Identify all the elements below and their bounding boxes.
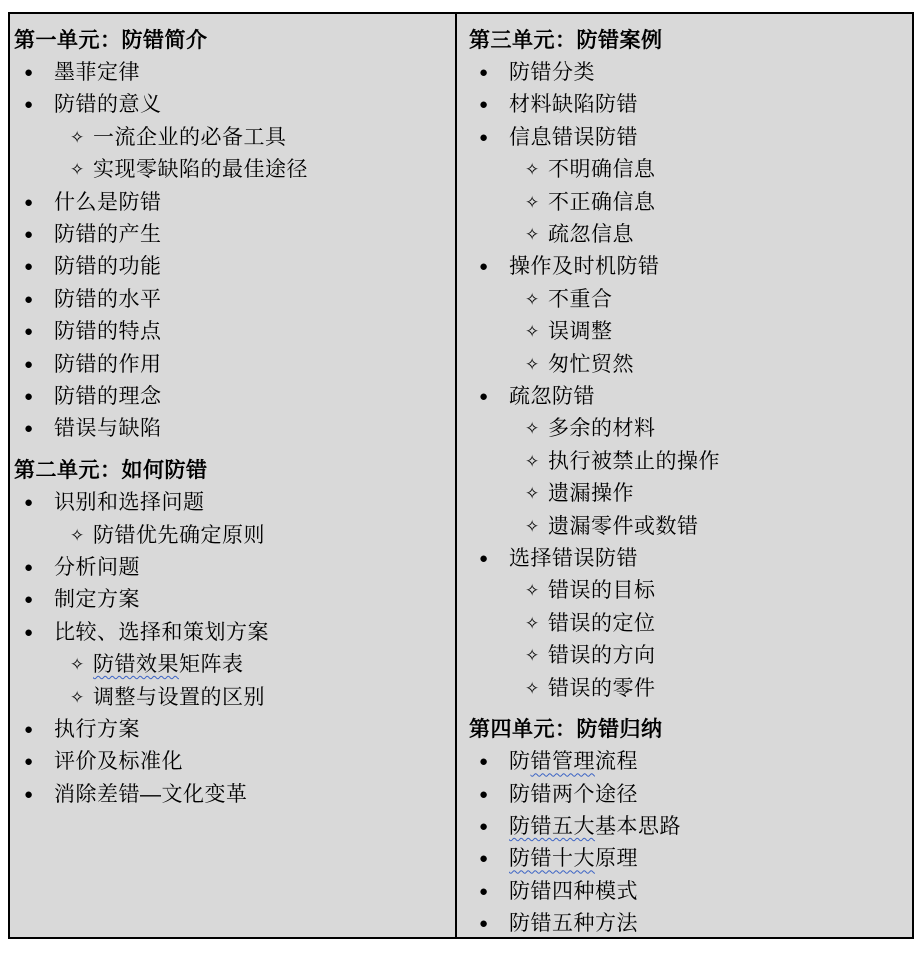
item-label: 防错的理念 <box>54 386 162 407</box>
item-label: 信息错误防错 <box>509 127 638 148</box>
item-label: 防错优先确定原则 <box>93 525 265 546</box>
section-heading-label: 第四单元：防错归纳 <box>469 719 663 740</box>
bullet-icon: ● <box>479 884 509 899</box>
item-label: 不正确信息 <box>548 192 656 213</box>
item-label: 遗漏零件或数错 <box>548 516 699 537</box>
bullet-icon: ● <box>479 389 509 404</box>
item-label: 防错的作用 <box>54 354 162 375</box>
list-item: ●防错的意义 <box>14 89 449 121</box>
list-item: ●防错五大基本思路 <box>469 810 906 842</box>
item-label: 比较、选择和策划方案 <box>54 622 269 643</box>
diamond-icon: ✧ <box>525 615 548 632</box>
sub-list-item: ✧误调整 <box>469 316 906 348</box>
sub-list-item: ✧遗漏操作 <box>469 477 906 509</box>
table-column: 第一单元：防错简介●墨菲定律●防错的意义✧一流企业的必备工具✧实现零缺陷的最佳途… <box>10 14 457 937</box>
diamond-icon: ✧ <box>525 323 548 340</box>
bullet-icon: ● <box>24 625 54 640</box>
bullet-icon: ● <box>24 592 54 607</box>
item-label: 防错十大原理 <box>509 848 638 869</box>
list-item: ●防错五种方法 <box>469 908 906 937</box>
item-label: 防错的意义 <box>54 94 162 115</box>
list-item: ●识别和选择问题 <box>14 486 449 518</box>
section-heading: 第四单元：防错归纳 <box>469 713 906 745</box>
bullet-icon: ● <box>479 851 509 866</box>
item-label: 分析问题 <box>54 557 140 578</box>
bullet-icon: ● <box>479 819 509 834</box>
list-item: ●防错的特点 <box>14 316 449 348</box>
sub-list-item: ✧多余的材料 <box>469 413 906 445</box>
sub-list-item: ✧不正确信息 <box>469 186 906 218</box>
diamond-icon: ✧ <box>70 527 93 544</box>
list-item: ●错误与缺陷 <box>14 413 449 445</box>
item-label: 防错五大基本思路 <box>509 816 681 837</box>
diamond-icon: ✧ <box>525 582 548 599</box>
bullet-icon: ● <box>24 787 54 802</box>
list-item: ●防错的理念 <box>14 380 449 412</box>
sub-list-item: ✧执行被禁止的操作 <box>469 445 906 477</box>
item-label: 疏忽信息 <box>548 224 634 245</box>
sub-list-item: ✧匆忙贸然 <box>469 348 906 380</box>
item-label: 执行方案 <box>54 719 140 740</box>
item-label: 误调整 <box>548 321 613 342</box>
diamond-icon: ✧ <box>525 161 548 178</box>
item-label: 防错的产生 <box>54 224 162 245</box>
bullet-icon: ● <box>24 754 54 769</box>
list-item: ●制定方案 <box>14 584 449 616</box>
item-label: 调整与设置的区别 <box>93 687 265 708</box>
item-label: 防错分类 <box>509 62 595 83</box>
list-item: ●执行方案 <box>14 713 449 745</box>
sub-list-item: ✧防错优先确定原则 <box>14 519 449 551</box>
section-heading-label: 第一单元：防错简介 <box>14 30 208 51</box>
course-outline-table: 第一单元：防错简介●墨菲定律●防错的意义✧一流企业的必备工具✧实现零缺陷的最佳途… <box>8 12 914 939</box>
bullet-icon: ● <box>24 495 54 510</box>
list-item: ●防错的水平 <box>14 283 449 315</box>
spellcheck-squiggle: 错管理 <box>531 750 596 773</box>
bullet-icon: ● <box>24 389 54 404</box>
bullet-icon: ● <box>479 259 509 274</box>
bullet-icon: ● <box>479 754 509 769</box>
spellcheck-squiggle: 防错效果 <box>93 653 179 676</box>
list-item: ●防错的产生 <box>14 218 449 250</box>
bullet-icon: ● <box>479 551 509 566</box>
diamond-icon: ✧ <box>525 291 548 308</box>
sub-list-item: ✧实现零缺陷的最佳途径 <box>14 154 449 186</box>
bullet-icon: ● <box>479 97 509 112</box>
sub-list-item: ✧疏忽信息 <box>469 218 906 250</box>
list-item: ●防错分类 <box>469 56 906 88</box>
list-item: ●评价及标准化 <box>14 746 449 778</box>
diamond-icon: ✧ <box>525 647 548 664</box>
item-label: 疏忽防错 <box>509 386 595 407</box>
sub-list-item: ✧调整与设置的区别 <box>14 681 449 713</box>
list-item: ●疏忽防错 <box>469 380 906 412</box>
item-label: 实现零缺陷的最佳途径 <box>93 159 308 180</box>
diamond-icon: ✧ <box>70 689 93 706</box>
section-heading-label: 第三单元：防错案例 <box>469 30 663 51</box>
bullet-icon: ● <box>24 292 54 307</box>
spellcheck-squiggle: 防错五大 <box>509 815 595 838</box>
list-item: ●选择错误防错 <box>469 542 906 574</box>
sub-list-item: ✧错误的方向 <box>469 639 906 671</box>
item-label: 防错效果矩阵表 <box>93 654 244 675</box>
bullet-icon: ● <box>24 97 54 112</box>
item-label: 制定方案 <box>54 589 140 610</box>
sub-list-item: ✧一流企业的必备工具 <box>14 121 449 153</box>
item-label: 错误的定位 <box>548 613 656 634</box>
diamond-icon: ✧ <box>525 680 548 697</box>
list-item: ●防错十大原理 <box>469 843 906 875</box>
bullet-icon: ● <box>24 324 54 339</box>
spellcheck-squiggle: 防错十大 <box>509 847 595 870</box>
sub-list-item: ✧不明确信息 <box>469 154 906 186</box>
item-label: 防错的功能 <box>54 256 162 277</box>
item-label: 匆忙贸然 <box>548 354 634 375</box>
item-label: 防错的水平 <box>54 289 162 310</box>
item-label: 错误的零件 <box>548 678 656 699</box>
section-heading-label: 第二单元：如何防错 <box>14 460 208 481</box>
item-label: 操作及时机防错 <box>509 256 660 277</box>
diamond-icon: ✧ <box>525 226 548 243</box>
item-label: 材料缺陷防错 <box>509 94 638 115</box>
item-label: 遗漏操作 <box>548 483 634 504</box>
section-heading: 第三单元：防错案例 <box>469 24 906 56</box>
list-item: ●操作及时机防错 <box>469 251 906 283</box>
bullet-icon: ● <box>24 722 54 737</box>
item-label: 防错管理流程 <box>509 751 638 772</box>
item-label: 墨菲定律 <box>54 62 140 83</box>
section-heading: 第一单元：防错简介 <box>14 24 449 56</box>
item-label: 错误与缺陷 <box>54 418 162 439</box>
item-label: 执行被禁止的操作 <box>548 451 720 472</box>
list-item: ●防错的作用 <box>14 348 449 380</box>
diamond-icon: ✧ <box>525 518 548 535</box>
bullet-icon: ● <box>24 227 54 242</box>
diamond-icon: ✧ <box>70 161 93 178</box>
item-label: 消除差错—文化变革 <box>54 784 248 805</box>
bullet-icon: ● <box>479 787 509 802</box>
sub-list-item: ✧不重合 <box>469 283 906 315</box>
diamond-icon: ✧ <box>525 485 548 502</box>
list-item: ●比较、选择和策划方案 <box>14 616 449 648</box>
bullet-icon: ● <box>24 65 54 80</box>
list-item: ●什么是防错 <box>14 186 449 218</box>
item-label: 识别和选择问题 <box>54 492 205 513</box>
bullet-icon: ● <box>479 65 509 80</box>
list-item: ●防错四种模式 <box>469 875 906 907</box>
diamond-icon: ✧ <box>525 356 548 373</box>
bullet-icon: ● <box>479 916 509 931</box>
item-label: 防错两个途径 <box>509 784 638 805</box>
sub-list-item: ✧错误的定位 <box>469 607 906 639</box>
bullet-icon: ● <box>24 421 54 436</box>
sub-list-item: ✧错误的目标 <box>469 575 906 607</box>
diamond-icon: ✧ <box>525 453 548 470</box>
item-label: 选择错误防错 <box>509 548 638 569</box>
sub-list-item: ✧遗漏零件或数错 <box>469 510 906 542</box>
item-label: 防错四种模式 <box>509 881 638 902</box>
diamond-icon: ✧ <box>525 420 548 437</box>
bullet-icon: ● <box>479 130 509 145</box>
item-label: 评价及标准化 <box>54 751 183 772</box>
item-label: 防错五种方法 <box>509 913 638 934</box>
list-item: ●防错的功能 <box>14 251 449 283</box>
item-label: 什么是防错 <box>54 192 162 213</box>
item-label: 多余的材料 <box>548 418 656 439</box>
list-item: ●防错管理流程 <box>469 746 906 778</box>
item-label: 错误的方向 <box>548 645 656 666</box>
list-item: ●防错两个途径 <box>469 778 906 810</box>
bullet-icon: ● <box>24 259 54 274</box>
list-item: ●分析问题 <box>14 551 449 583</box>
section-heading: 第二单元：如何防错 <box>14 454 449 486</box>
list-item: ●墨菲定律 <box>14 56 449 88</box>
item-label: 一流企业的必备工具 <box>93 127 287 148</box>
item-label: 防错的特点 <box>54 321 162 342</box>
list-item: ●材料缺陷防错 <box>469 89 906 121</box>
item-label: 错误的目标 <box>548 580 656 601</box>
diamond-icon: ✧ <box>525 194 548 211</box>
diamond-icon: ✧ <box>70 656 93 673</box>
list-item: ●消除差错—文化变革 <box>14 778 449 810</box>
list-item: ●信息错误防错 <box>469 121 906 153</box>
table-column: 第三单元：防错案例●防错分类●材料缺陷防错●信息错误防错✧不明确信息✧不正确信息… <box>457 14 912 937</box>
item-label: 不重合 <box>548 289 613 310</box>
bullet-icon: ● <box>24 560 54 575</box>
diamond-icon: ✧ <box>70 129 93 146</box>
bullet-icon: ● <box>24 195 54 210</box>
sub-list-item: ✧防错效果矩阵表 <box>14 648 449 680</box>
sub-list-item: ✧错误的零件 <box>469 672 906 704</box>
bullet-icon: ● <box>24 357 54 372</box>
item-label: 不明确信息 <box>548 159 656 180</box>
